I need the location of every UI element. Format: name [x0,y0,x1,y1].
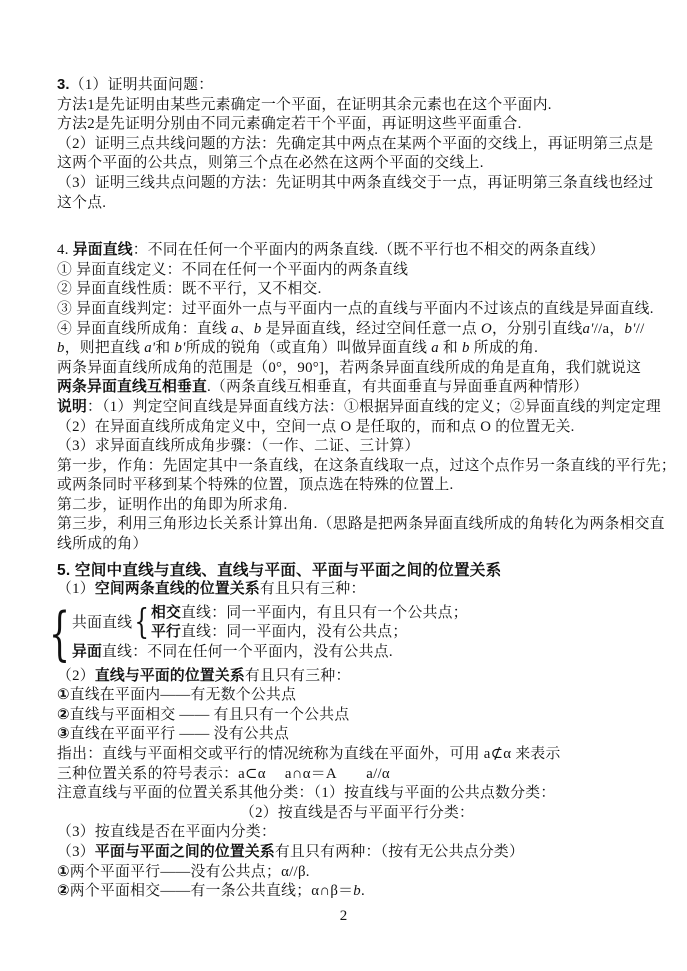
text-segment: O [481,321,492,337]
text-segment: a [231,321,239,337]
text-segment: 空间两条直线的位置关系 [95,581,260,597]
text-segment: 4. [57,242,73,258]
text-segment: 、 [239,321,254,337]
text-line: ④ 异面直线所成角：直线 a、b 是异面直线，经过空间任意一点 O，分别引直线a… [57,320,635,340]
text-segment: b [254,321,262,337]
text-segment: ② [57,883,70,899]
text-segment: a' [144,340,155,356]
text-line: （2）证明三点共线问题的方法：先确定其中两点在某两个平面的交线上，再证明第三点是 [57,135,635,155]
text-segment: 和 [155,340,174,356]
text-segment: ① [57,864,70,880]
text-segment: ① [57,687,70,703]
text-segment: 两个平面平行——没有公共点；α//β. [70,864,310,880]
text-segment: 第一步，作角：先固定其中一条直线，在这条直线取一点，过这个点作另一条直线的平行先… [57,458,676,474]
text-line: （1）空间两条直线的位置关系有且只有三种： [57,580,635,600]
sec5-title: 5. 空间中直线与直线、直线与平面、平面与平面之间的位置关系 [57,561,635,581]
text-line: （3）证明三线共点问题的方法：先证明其中两条直线交于一点，再证明第三条直线也经过 [57,174,635,194]
outer-brace: { [49,599,70,667]
document-page: 3.（1）证明共面问题：方法1是先证明由某些元素确定一个平面，在证明其余元素也在… [0,0,687,971]
text-line: 这个点. [57,194,635,214]
two-lines-classification: {共面直线{相交直线：同一平面内，有且只有一个公共点；平行直线：同一平面内，没有… [49,604,635,663]
text-line: b，则把直线 a'和 b'所成的锐角（或直角）叫做异面直线 a 和 b 所成的角… [57,339,635,359]
text-segment: 这个点. [57,195,106,211]
text-segment: 方法2是先证明分别由不同元素确定若干个平面，再证明这些平面重合. [57,116,522,132]
text-line: ① 异面直线定义：不同在任何一个平面内的两条直线 [57,261,635,281]
text-segment: ③ 异面直线判定：过平面外一点与平面内一点的直线与平面内不过该点的直线是异面直线… [57,301,654,317]
text-segment: （2）证明三点共线问题的方法：先确定其中两点在某两个平面的交线上，再证明第三点是 [57,136,653,152]
text-line: ②两个平面相交——有一条公共直线；α∩β＝b. [57,882,635,902]
sec3-title: 3.（1）证明共面问题： [57,76,635,96]
text-line: （2）直线与平面的位置关系有且只有三种： [57,667,635,687]
text-segment: .（两条直线互相垂直，有共面垂直与异面垂直两种情形） [207,379,588,395]
inner-lines: 相交直线：同一平面内，有且只有一个公共点；平行直线：同一平面内，没有公共点； [151,604,468,643]
text-segment: 或两条同时平移到某个特殊的位置，顶点选在特殊的位置上. [57,477,454,493]
text-line: 这两个平面的公共点，则第三个点在必然在这两个平面的交线上. [57,154,635,174]
brace-inner-line: 相交直线：同一平面内，有且只有一个公共点； [151,604,468,624]
text-segment: 异面直线 [73,242,133,258]
text-segment: （3）按直线是否在平面内分类： [57,824,276,840]
text-segment: 线所成的角） [57,536,148,552]
text-segment: 平面与平面之间的位置关系 [95,844,275,860]
text-line: 两条异面直线所成角的范围是（0°，90°]，若两条异面直线所成的角是直角，我们就… [57,359,635,379]
text-line: ②直线与平面相交 —— 有且只有一个公共点 [57,706,635,726]
text-segment: ，分别引直线 [492,321,583,337]
text-segment: . [361,883,365,899]
text-segment: ：不同在任何一个平面内的两条直线.（既不平行也不相交的两条直线） [133,242,605,258]
text-segment: 直线与平面相交 —— 有且只有一个公共点 [70,707,350,723]
text-segment: 直线：同一平面内，有且只有一个公共点； [181,605,468,621]
text-segment: 第三步，利用三角形边长关系计算出角.（思路是把两条异面直线所成的角转化为两条相交… [57,516,665,532]
text-segment: 5. 空间中直线与直线、直线与平面、平面与平面之间的位置关系 [57,562,501,579]
text-line: （3）求异面直线所成角步骤：（一作、二证、三计算） [57,437,635,457]
text-line: （3）按直线是否在平面内分类： [57,823,635,843]
text-segment: ② [57,707,70,723]
text-segment: 两条异面直线所成角的范围是（0°，90°]，若两条异面直线所成的角是直角，我们就… [57,360,641,376]
text-segment: 直线：同一平面内，没有公共点； [181,624,407,640]
text-segment: 方法1是先证明由某些元素确定一个平面，在证明其余元素也在这个平面内. [57,97,552,113]
text-segment: （2）按直线是否与平面平行分类： [240,805,474,821]
text-segment: ③ [57,726,70,742]
text-line: ③直线在平面平行 —— 没有公共点 [57,725,635,745]
text-segment: b' [174,340,185,356]
text-segment: （2） [57,668,95,684]
brace-bottom-line: 异面直线：不同在任何一个平面内，没有公共点. [72,643,468,663]
text-segment: 指出：直线与平面相交或平行的情况统称为直线在平面外，可用 a⊄α 来表示 [57,746,561,762]
text-line: 第一步，作角：先固定其中一条直线，在这条直线取一点，过这个点作另一条直线的平行先… [57,457,635,477]
text-segment: //a， [594,321,625,337]
text-segment: ：（1）判定空间直线是异面直线方法：①根据异面直线的定义；②异面直线的判定定理 [87,399,661,415]
text-segment: 异面 [72,644,102,660]
text-segment: 有且只有三种： [260,581,366,597]
text-line: 两条异面直线互相垂直.（两条直线互相垂直，有共面垂直与异面垂直两种情形） [57,378,635,398]
text-segment: a' [583,321,594,337]
document-content: 3.（1）证明共面问题：方法1是先证明由某些元素确定一个平面，在证明其余元素也在… [57,76,635,902]
brace-body: 共面直线{相交直线：同一平面内，有且只有一个公共点；平行直线：同一平面内，没有公… [72,604,468,663]
text-segment: 所成的角. [470,340,538,356]
text-segment: （3） [57,844,95,860]
text-line: （3）平面与平面之间的位置关系有且只有两种：（按有无公共点分类） [57,843,635,863]
text-line: 说明：（1）判定空间直线是异面直线方法：①根据异面直线的定义；②异面直线的判定定… [57,398,635,418]
text-segment: 直线在平面内——有无数个公共点 [70,687,296,703]
text-segment: ② 异面直线性质：既不平行，又不相交. [57,281,322,297]
sec4-title: 4. 异面直线：不同在任何一个平面内的两条直线.（既不平行也不相交的两条直线） [57,241,635,261]
text-segment: 和 [439,340,462,356]
text-segment: （3）求异面直线所成角步骤：（一作、二证、三计算） [57,438,420,454]
text-segment: b [353,883,361,899]
inner-brace: { [134,604,149,643]
text-segment: // [636,321,645,337]
text-line: ③ 异面直线判定：过平面外一点与平面内一点的直线与平面内不过该点的直线是异面直线… [57,300,635,320]
text-line: （2）按直线是否与平面平行分类： [240,804,635,824]
text-line: 第三步，利用三角形边长关系计算出角.（思路是把两条异面直线所成的角转化为两条相交… [57,515,635,535]
text-segment: （1） [57,581,95,597]
text-line: 或两条同时平移到某个特殊的位置，顶点选在特殊的位置上. [57,476,635,496]
text-segment: ，则把直线 [65,340,144,356]
text-segment: b [57,340,65,356]
text-segment: 有且只有两种：（按有无公共点分类） [275,844,524,860]
text-segment: 所成的锐角（或直角）叫做异面直线 [186,340,432,356]
text-segment: ④ 异面直线所成角：直线 [57,321,231,337]
text-line: ①两个平面平行——没有公共点；α//β. [57,863,635,883]
text-segment: 注意直线与平面的位置关系其他分类：（1）按直线与平面的公共点数分类： [57,785,556,801]
text-line: 注意直线与平面的位置关系其他分类：（1）按直线与平面的公共点数分类： [57,784,635,804]
text-segment: 这两个平面的公共点，则第三个点在必然在这两个平面的交线上. [57,155,484,171]
text-segment: 两条异面直线互相垂直 [57,379,207,395]
page-number: 2 [340,908,348,924]
text-segment: （3）证明三线共点问题的方法：先证明其中两条直线交于一点，再证明第三条直线也经过 [57,175,653,191]
brace-label: 共面直线 [72,614,132,634]
text-segment: 说明 [57,399,87,415]
text-segment: 直线：不同在任何一个平面内，没有公共点. [102,644,393,660]
text-line: 指出：直线与平面相交或平行的情况统称为直线在平面外，可用 a⊄α 来表示 [57,745,635,765]
text-segment: 第二步，证明作出的角即为所求角. [57,497,287,513]
text-line: ② 异面直线性质：既不平行，又不相交. [57,280,635,300]
text-segment: b [462,340,470,356]
text-segment: 3. [57,77,70,93]
text-line: 第二步，证明作出的角即为所求角. [57,496,635,516]
text-segment: 三种位置关系的符号表示：a⊂α a∩α＝A a//α [57,766,390,782]
text-line: ①直线在平面内——有无数个公共点 [57,686,635,706]
page-footer: 2 [0,908,687,925]
text-line: （2）在异面直线所成角定义中，空间一点 O 是任取的，而和点 O 的位置无关. [57,418,635,438]
brace-inner-line: 平行直线：同一平面内，没有公共点； [151,623,468,643]
text-segment: （1）证明共面问题： [70,77,214,93]
text-line: 方法2是先证明分别由不同元素确定若干个平面，再证明这些平面重合. [57,115,635,135]
text-segment: 是异面直线，经过空间任意一点 [262,321,481,337]
text-segment: 两个平面相交——有一条公共直线；α∩β＝ [70,883,354,899]
text-segment: 有且只有三种： [245,668,351,684]
text-line: 三种位置关系的符号表示：a⊂α a∩α＝A a//α [57,765,635,785]
text-segment: 相交 [151,605,181,621]
text-segment: （2）在异面直线所成角定义中，空间一点 O 是任取的，而和点 O 的位置无关. [57,419,575,435]
text-line: 方法1是先证明由某些元素确定一个平面，在证明其余元素也在这个平面内. [57,96,635,116]
text-segment: a [431,340,439,356]
text-segment: 直线在平面平行 —— 没有公共点 [70,726,289,742]
text-segment: b' [625,321,636,337]
spacer [57,213,635,241]
text-line: 线所成的角） [57,535,635,555]
text-segment: 平行 [151,624,181,640]
brace-top-row: 共面直线{相交直线：同一平面内，有且只有一个公共点；平行直线：同一平面内，没有公… [72,604,468,643]
text-segment: ① 异面直线定义：不同在任何一个平面内的两条直线 [57,262,408,278]
text-segment: 直线与平面的位置关系 [95,668,245,684]
